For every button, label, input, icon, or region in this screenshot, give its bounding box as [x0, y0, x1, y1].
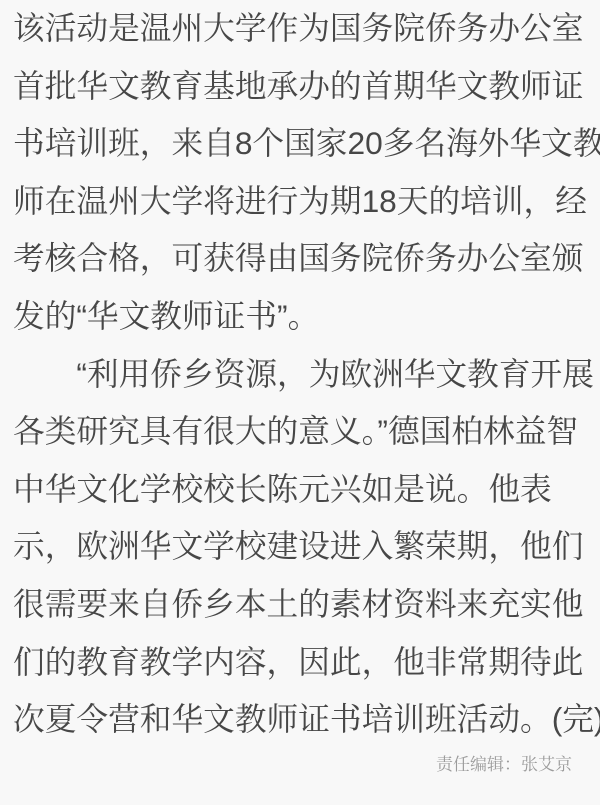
text-line: 次夏令营和华文教师证书培训班活动。(完): [13, 691, 587, 749]
text-line: 该活动是温州大学作为国务院侨务办公室: [13, 0, 587, 58]
text-line: 们的教育教学内容，因此，他非常期待此: [13, 634, 587, 692]
text-line: 发的“华文教师证书”。: [13, 288, 587, 346]
article-text: 该活动是温州大学作为国务院侨务办公室首批华文教育基地承办的首期华文教师证书培训班…: [13, 0, 587, 749]
text-line: 书培训班，来自8个国家20多名海外华文教: [13, 115, 587, 173]
text-line: 中华文化学校校长陈元兴如是说。他表: [13, 461, 587, 519]
text-line: 师在温州大学将进行为期18天的培训，经: [13, 173, 587, 231]
text-line: “利用侨乡资源，为欧洲华文教育开展: [13, 346, 587, 404]
text-line: 示，欧洲华文学校建设进入繁荣期，他们: [13, 518, 587, 576]
text-line: 考核合格，可获得由国务院侨务办公室颁: [13, 230, 587, 288]
text-line: 首批华文教育基地承办的首期华文教师证: [13, 58, 587, 116]
editor-credit: 责任编辑：张艾京: [13, 753, 587, 777]
text-line: 各类研究具有很大的意义。”德国柏林益智: [13, 403, 587, 461]
text-line: 很需要来自侨乡本土的素材资料来充实他: [13, 576, 587, 634]
article-body: 该活动是温州大学作为国务院侨务办公室首批华文教育基地承办的首期华文教师证书培训班…: [0, 0, 600, 777]
